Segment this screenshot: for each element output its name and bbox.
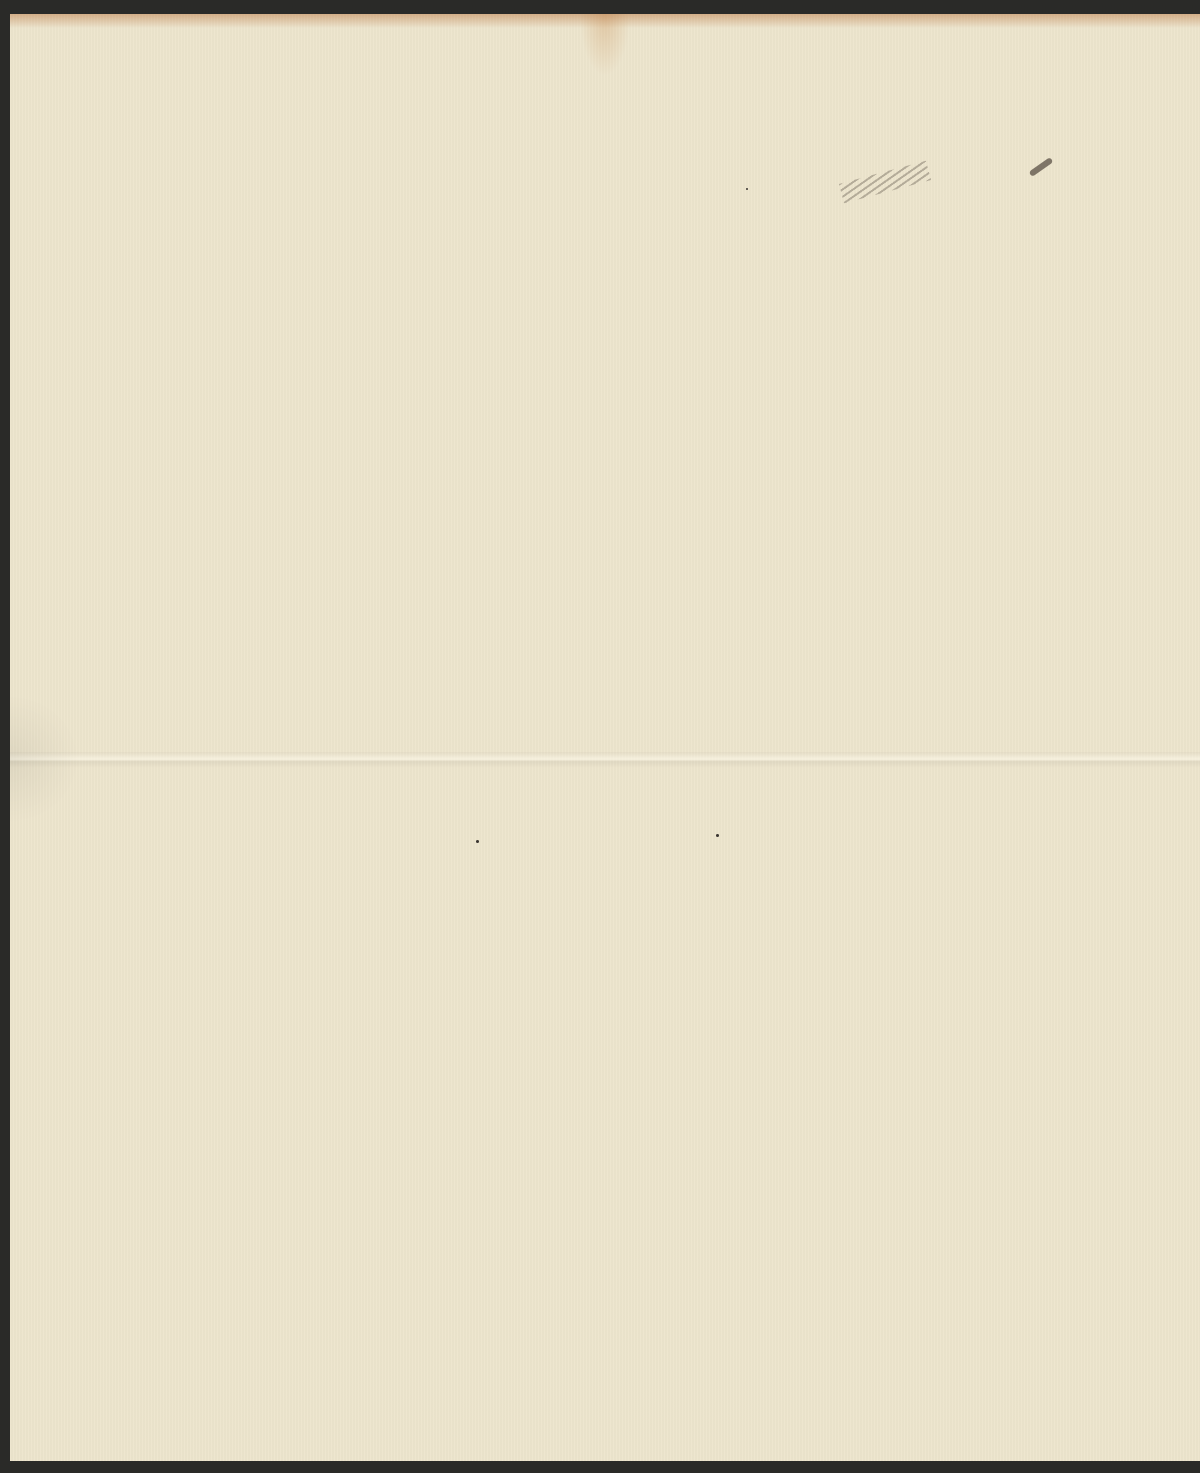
ink-smudge xyxy=(839,161,931,204)
fold-crease xyxy=(10,752,1200,768)
speck xyxy=(716,834,719,837)
speck xyxy=(476,840,479,843)
speck xyxy=(746,188,748,190)
corner-crease xyxy=(10,694,80,824)
ink-mark xyxy=(1029,157,1054,177)
edge-stain xyxy=(10,14,1200,28)
letter-page xyxy=(10,14,1200,1461)
